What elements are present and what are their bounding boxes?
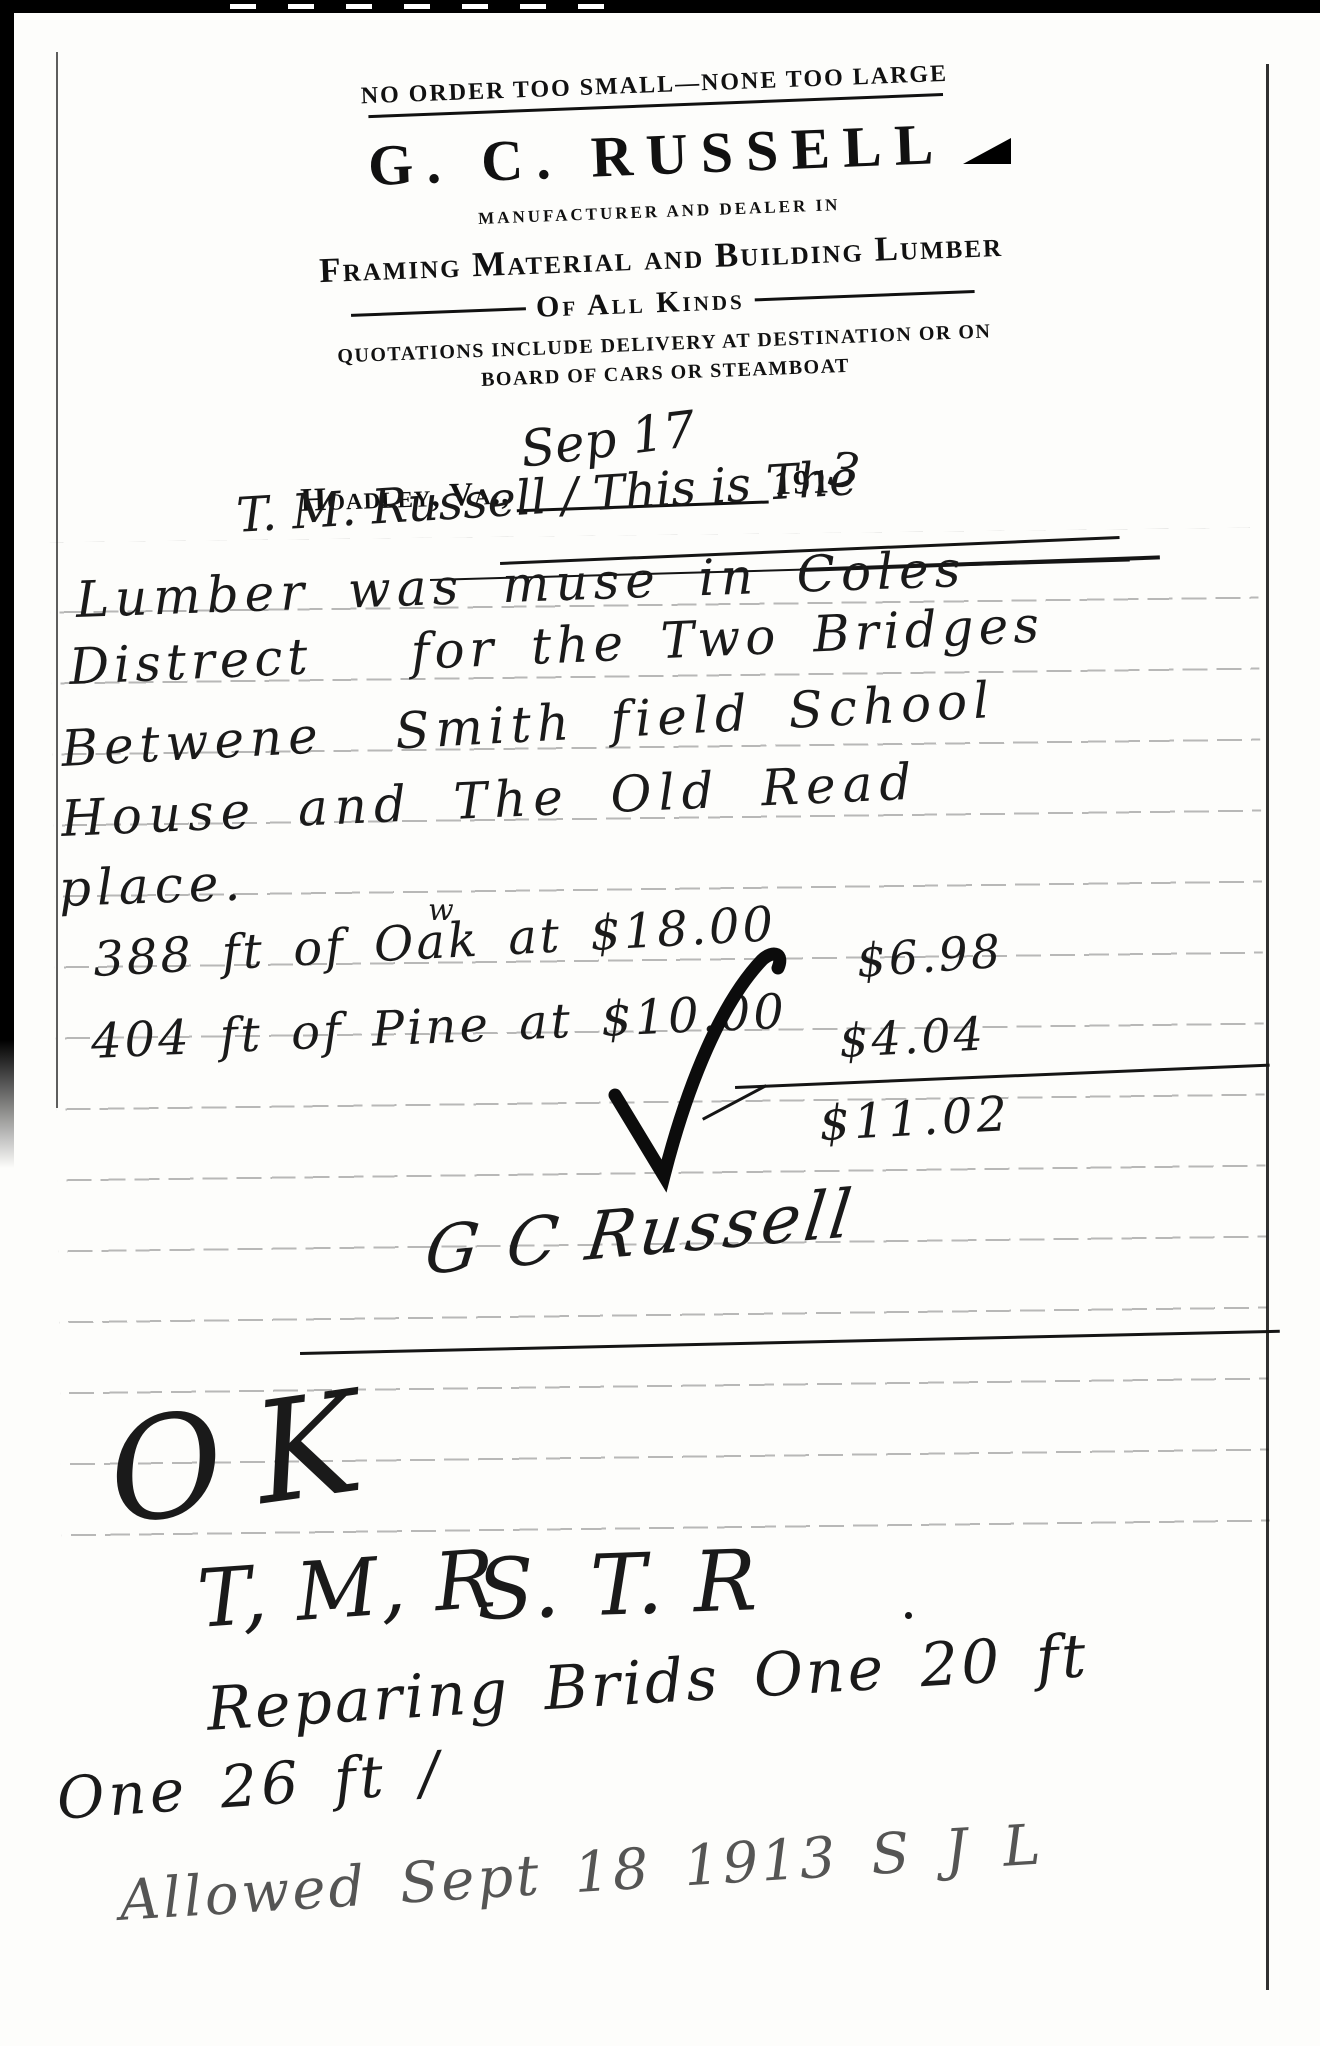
scan-left-edge	[0, 0, 14, 1170]
note-line-5: place.	[58, 857, 247, 914]
ok-mark: O K	[100, 1374, 363, 1547]
item-2-amount: $4.04	[838, 1010, 987, 1064]
scan-top-edge-dashes	[230, 4, 630, 9]
item-1-amount: $6.98	[855, 928, 1005, 984]
page-right-border-line	[1266, 64, 1269, 1990]
right-rule-dash	[755, 289, 975, 300]
initials-str: S. T. R	[475, 1538, 760, 1632]
scan-top-edge	[0, 0, 1320, 13]
left-rule-dash	[351, 307, 526, 317]
initials-tmr: T, M, R	[195, 1539, 499, 1640]
checkmark	[560, 930, 820, 1200]
page-left-border-line	[56, 52, 58, 1108]
invoice-total: $11.02	[818, 1090, 1012, 1148]
stray-ink-dot	[905, 1612, 912, 1619]
letterhead: NO ORDER TOO SMALL—NONE TOO LARGE G. C. …	[54, 49, 1265, 411]
kinds-line: Of All Kinds	[535, 283, 745, 325]
